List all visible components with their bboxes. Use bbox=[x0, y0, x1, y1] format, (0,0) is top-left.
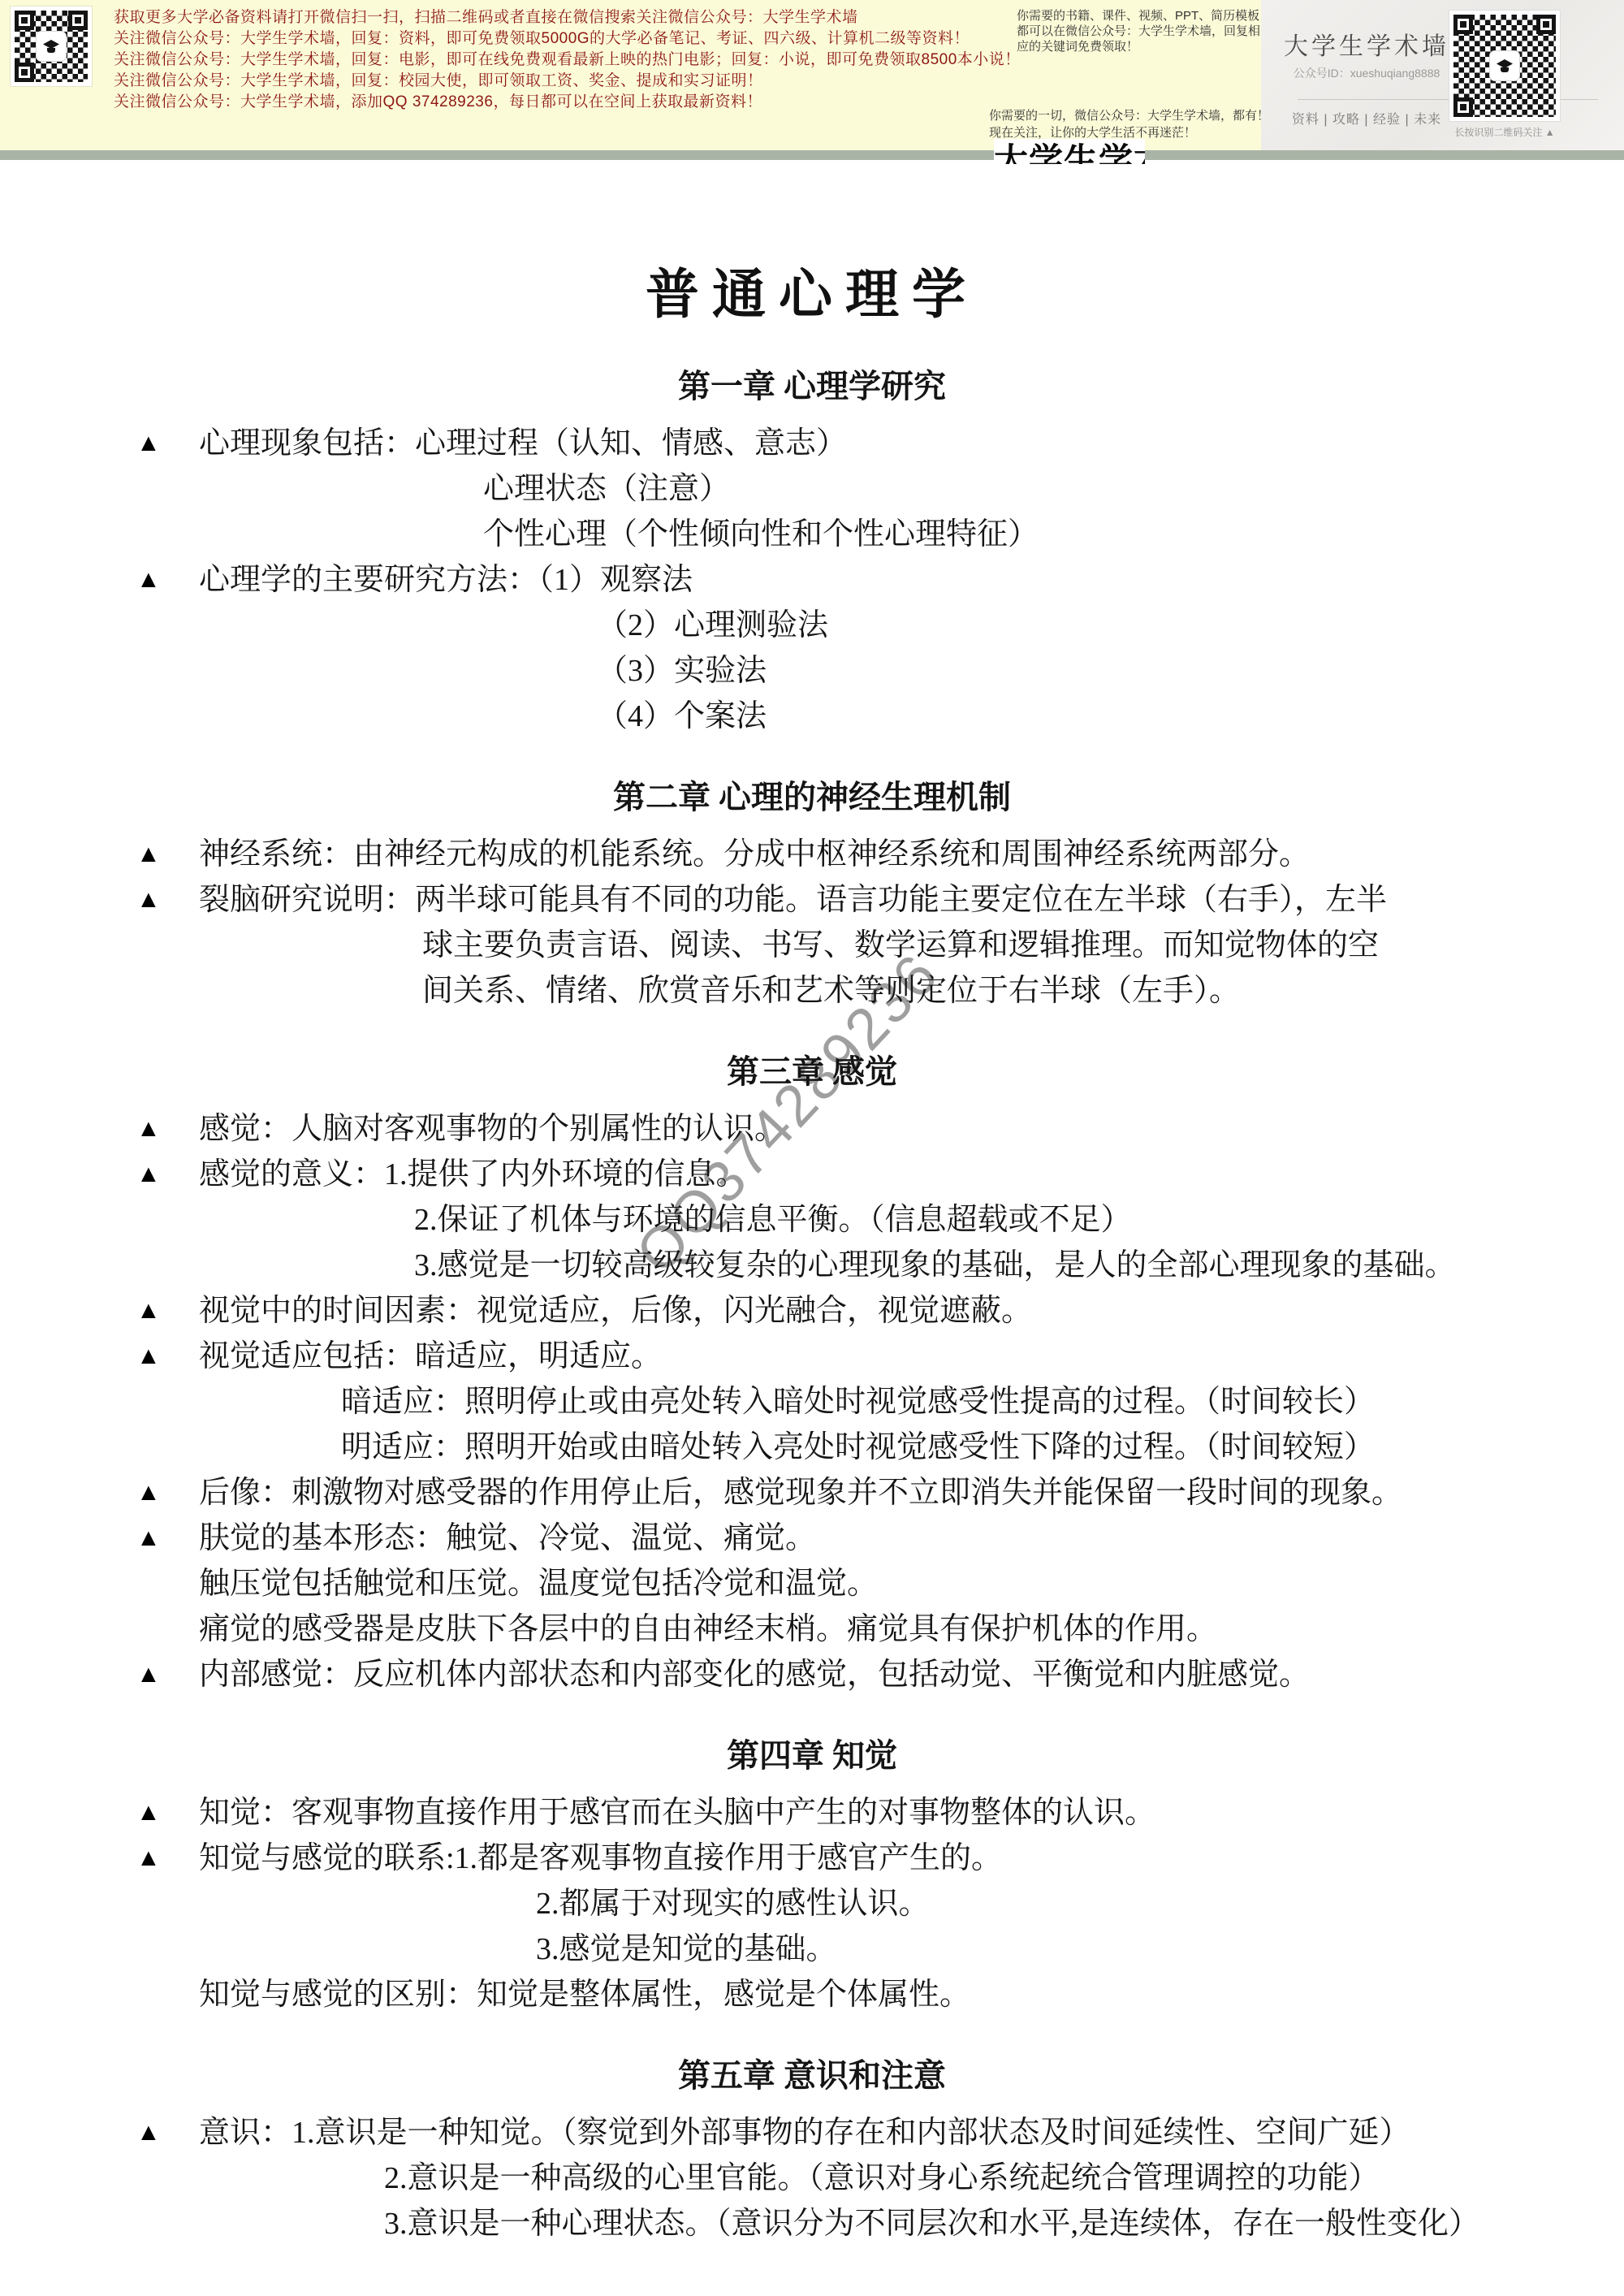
section-heading: 第五章 意识和注意 bbox=[0, 2055, 1624, 2097]
doc-line-text: 暗适应：照明停止或由亮处转入暗处时视觉感受性提高的过程。（时间较长） bbox=[199, 1385, 1375, 1419]
doc-line: ▲裂脑研究说明：两半球可能具有不同的功能。语言功能主要定位在左半球（右手），左半 bbox=[0, 877, 1624, 923]
promo-banner: 获取更多大学必备资料请打开微信扫一扫，扫描二维码或者直接在微信搜索关注微信公众号… bbox=[0, 0, 1624, 160]
bullet-triangle-icon: ▲ bbox=[136, 1516, 161, 1561]
banner-info-bottom: 你需要的一切，微信公众号：大学生学术墙，都有！现在关注，让你的大学生活不再迷茫！ bbox=[989, 107, 1269, 141]
doc-line: ▲心理现象包括：心理过程（认知、情感、意志） bbox=[0, 421, 1624, 466]
doc-line: 球主要负责言语、阅读、书写、数学运算和逻辑推理。而知觉物体的空 bbox=[0, 923, 1624, 968]
doc-line-text: 个性心理（个性倾向性和个性心理特征） bbox=[199, 517, 1039, 551]
banner-info-top: 你需要的书籍、课件、视频、PPT、简历模板都可以在微信公众号：大学生学术墙，回复… bbox=[1017, 8, 1260, 54]
doc-line-text: （2）心理测验法 bbox=[199, 608, 828, 642]
doc-line-text: 神经系统：由神经元构成的机能系统。分成中枢神经系统和周围神经系统两部分。 bbox=[199, 837, 1310, 871]
doc-line: 2.都属于对现实的感性认识。 bbox=[0, 1881, 1624, 1926]
doc-line-text: 心理现象包括：心理过程（认知、情感、意志） bbox=[199, 426, 847, 460]
document-page: 普通心理学 第一章 心理学研究▲心理现象包括：心理过程（认知、情感、意志）心理状… bbox=[0, 160, 1624, 2246]
doc-line: ▲心理学的主要研究方法：（1）观察法 bbox=[0, 557, 1624, 603]
bullet-triangle-icon: ▲ bbox=[136, 832, 161, 877]
doc-line: ▲后像：刺激物对感受器的作用停止后，感觉现象并不立即消失并能保留一段时间的现象。 bbox=[0, 1470, 1624, 1516]
doc-line: ▲肤觉的基本形态：触觉、冷觉、温觉、痛觉。 bbox=[0, 1516, 1624, 1561]
bullet-triangle-icon: ▲ bbox=[136, 1790, 161, 1836]
account-card-id: 公众号ID：xueshuqiang8888 bbox=[1261, 65, 1472, 81]
doc-line-text: 2.都属于对现实的感性认识。 bbox=[199, 1887, 930, 1921]
doc-line-text: 内部感觉：反应机体内部状态和内部变化的感觉，包括动觉、平衡觉和内脏感觉。 bbox=[199, 1658, 1310, 1692]
doc-line-text: 2.意识是一种高级的心里官能。（意识对身心系统起统合管理调控的功能） bbox=[199, 2161, 1380, 2195]
banner-line: 关注微信公众号：大学生学术墙，添加QQ 374289236，每日都可以在空间上获… bbox=[114, 92, 1021, 113]
doc-line-text: 球主要负责言语、阅读、书写、数学运算和逻辑推理。而知觉物体的空 bbox=[199, 928, 1379, 962]
section-heading: 第一章 心理学研究 bbox=[0, 365, 1624, 408]
graduation-cap-icon bbox=[1489, 50, 1520, 81]
doc-line: ▲视觉中的时间因素：视觉适应，后像，闪光融合，视觉遮蔽。 bbox=[0, 1288, 1624, 1334]
doc-line-text: 2.保证了机体与环境的信息平衡。（信息超载或不足） bbox=[199, 1203, 1132, 1237]
bullet-triangle-icon: ▲ bbox=[136, 1288, 161, 1334]
qr-code-left-icon bbox=[11, 6, 92, 86]
doc-line: ▲神经系统：由神经元构成的机能系统。分成中枢神经系统和周围神经系统两部分。 bbox=[0, 832, 1624, 877]
doc-line-text: 3.感觉是知觉的基础。 bbox=[199, 1932, 837, 1966]
bullet-triangle-icon: ▲ bbox=[136, 1106, 161, 1152]
doc-line-text: 明适应：照明开始或由暗处转入亮处时视觉感受性下降的过程。（时间较短） bbox=[199, 1430, 1375, 1464]
doc-line: 间关系、情绪、欣赏音乐和艺术等则定位于右半球（左手）。 bbox=[0, 968, 1624, 1014]
doc-line: ▲知觉：客观事物直接作用于感官而在头脑中产生的对事物整体的认识。 bbox=[0, 1790, 1624, 1836]
doc-line-text: 触压觉包括触觉和压觉。温度觉包括冷觉和温觉。 bbox=[199, 1567, 878, 1601]
doc-line: ▲知觉与感觉的联系:1.都是客观事物直接作用于感官产生的。 bbox=[0, 1836, 1624, 1881]
doc-line: （4）个案法 bbox=[0, 694, 1624, 739]
banner-line: 关注微信公众号：大学生学术墙，回复：资料，即可免费领取5000G的大学必备笔记、… bbox=[114, 28, 1021, 50]
banner-yellow-area: 获取更多大学必备资料请打开微信扫一扫，扫描二维码或者直接在微信搜索关注微信公众号… bbox=[0, 0, 1261, 150]
doc-line: ▲内部感觉：反应机体内部状态和内部变化的感觉，包括动觉、平衡觉和内脏感觉。 bbox=[0, 1652, 1624, 1697]
qr-finder-icon bbox=[15, 11, 34, 30]
bullet-triangle-icon: ▲ bbox=[136, 1836, 161, 1881]
doc-line-text: 后像：刺激物对感受器的作用停止后，感觉现象并不立即消失并能保留一段时间的现象。 bbox=[199, 1476, 1402, 1510]
doc-line: 3.意识是一种心理状态。（意识分为不同层次和水平,是连续体，存在一般性变化） bbox=[0, 2201, 1624, 2246]
doc-line: 知觉与感觉的区别：知觉是整体属性，感觉是个体属性。 bbox=[0, 1972, 1624, 2017]
qr-finder-icon bbox=[1536, 15, 1556, 34]
bullet-triangle-icon: ▲ bbox=[136, 1470, 161, 1516]
info-line: 你需要的一切，微信公众号：大学生学术墙，都有！ bbox=[989, 107, 1269, 124]
doc-line: 3.感觉是知觉的基础。 bbox=[0, 1926, 1624, 1972]
doc-line-text: 心理学的主要研究方法：（1）观察法 bbox=[199, 563, 693, 597]
doc-line-text: 意识：1.意识是一种知觉。（察觉到外部事物的存在和内部状态及时间延续性、空间广延… bbox=[199, 2116, 1410, 2150]
doc-line: 触压觉包括触觉和压觉。温度觉包括冷觉和温觉。 bbox=[0, 1561, 1624, 1606]
doc-line-text: 视觉中的时间因素：视觉适应，后像，闪光融合，视觉遮蔽。 bbox=[199, 1294, 1032, 1328]
doc-line-text: 知觉：客观事物直接作用于感官而在头脑中产生的对事物整体的认识。 bbox=[199, 1796, 1155, 1830]
doc-line: 暗适应：照明停止或由亮处转入暗处时视觉感受性提高的过程。（时间较长） bbox=[0, 1379, 1624, 1425]
bullet-triangle-icon: ▲ bbox=[136, 1152, 161, 1197]
bullet-triangle-icon: ▲ bbox=[136, 2110, 161, 2155]
graduation-cap-icon bbox=[36, 31, 67, 62]
doc-line: （3）实验法 bbox=[0, 648, 1624, 694]
doc-line-text: 视觉适应包括：暗适应，明适应。 bbox=[199, 1339, 662, 1373]
doc-line: ▲感觉的意义：1.提供了内外环境的信息。 bbox=[0, 1152, 1624, 1197]
page-title: 普通心理学 bbox=[0, 251, 1624, 328]
doc-line: 明适应：照明开始或由暗处转入亮处时视觉感受性下降的过程。（时间较短） bbox=[0, 1425, 1624, 1470]
info-line: 应的关键词免费领取！ bbox=[1017, 39, 1260, 54]
bullet-triangle-icon: ▲ bbox=[136, 1334, 161, 1379]
document-sections: 第一章 心理学研究▲心理现象包括：心理过程（认知、情感、意志）心理状态（注意）个… bbox=[0, 365, 1624, 2246]
doc-line: ▲感觉：人脑对客观事物的个别属性的认识。 bbox=[0, 1106, 1624, 1152]
qr-finder-icon bbox=[68, 11, 88, 30]
banner-bottom-strip bbox=[0, 150, 1624, 160]
banner-line: 获取更多大学必备资料请打开微信扫一扫，扫描二维码或者直接在微信搜索关注微信公众号… bbox=[114, 7, 1021, 28]
qr-finder-icon bbox=[1453, 97, 1473, 117]
section-heading: 第三章 感觉 bbox=[0, 1051, 1624, 1093]
bullet-triangle-icon: ▲ bbox=[136, 1652, 161, 1697]
doc-line: ▲意识：1.意识是一种知觉。（察觉到外部事物的存在和内部状态及时间延续性、空间广… bbox=[0, 2110, 1624, 2155]
qr-finder-icon bbox=[15, 63, 34, 82]
page: { "banner": { "bg_color": "#fbfbd8", "te… bbox=[0, 0, 1624, 2296]
doc-line: ▲视觉适应包括：暗适应，明适应。 bbox=[0, 1334, 1624, 1379]
doc-line: 痛觉的感受器是皮肤下各层中的自由神经末梢。痛觉具有保护机体的作用。 bbox=[0, 1606, 1624, 1652]
doc-line-text: 感觉：人脑对客观事物的个别属性的认识。 bbox=[199, 1112, 785, 1146]
account-card: 大学生学术墙 公众号ID：xueshuqiang8888 资料 | 攻略 | 经… bbox=[1261, 0, 1624, 150]
banner-line: 关注微信公众号：大学生学术墙，回复：校园大使，即可领取工资、奖金、提成和实习证明… bbox=[114, 71, 1021, 92]
banner-line: 关注微信公众号：大学生学术墙，回复：电影，即可在线免费观看最新上映的热门电影；回… bbox=[114, 50, 1021, 71]
doc-line-text: （4）个案法 bbox=[199, 699, 767, 733]
section-heading: 第四章 知觉 bbox=[0, 1735, 1624, 1777]
doc-line-text: 3.感觉是一切较高级较复杂的心理现象的基础，是人的全部心理现象的基础。 bbox=[199, 1248, 1456, 1282]
doc-line: 2.意识是一种高级的心里官能。（意识对身心系统起统合管理调控的功能） bbox=[0, 2155, 1624, 2201]
doc-line: 个性心理（个性倾向性和个性心理特征） bbox=[0, 512, 1624, 557]
doc-line: 心理状态（注意） bbox=[0, 466, 1624, 512]
qr-caption: 长按识别二维码关注 ▲ bbox=[1407, 125, 1602, 139]
doc-line-text: 痛觉的感受器是皮肤下各层中的自由神经末梢。痛觉具有保护机体的作用。 bbox=[199, 1612, 1217, 1646]
doc-line-text: 感觉的意义：1.提供了内外环境的信息。 bbox=[199, 1157, 747, 1191]
doc-line-text: 3.意识是一种心理状态。（意识分为不同层次和水平,是连续体，存在一般性变化） bbox=[199, 2207, 1479, 2241]
bullet-triangle-icon: ▲ bbox=[136, 557, 161, 603]
account-card-title: 大学生学术墙 bbox=[1261, 26, 1472, 62]
banner-text-lines: 获取更多大学必备资料请打开微信扫一扫，扫描二维码或者直接在微信搜索关注微信公众号… bbox=[114, 7, 1021, 113]
bullet-triangle-icon: ▲ bbox=[136, 877, 161, 923]
info-line: 都可以在微信公众号：大学生学术墙，回复相 bbox=[1017, 24, 1260, 39]
doc-line-text: 心理状态（注意） bbox=[199, 472, 730, 506]
doc-line-text: （3）实验法 bbox=[199, 654, 767, 688]
bullet-triangle-icon: ▲ bbox=[136, 421, 161, 466]
doc-line: （2）心理测验法 bbox=[0, 603, 1624, 648]
doc-line-text: 知觉与感觉的联系:1.都是客观事物直接作用于感官产生的。 bbox=[199, 1841, 1002, 1875]
info-line: 你需要的书籍、课件、视频、PPT、简历模板 bbox=[1017, 8, 1260, 24]
doc-line: 2.保证了机体与环境的信息平衡。（信息超载或不足） bbox=[0, 1197, 1624, 1243]
doc-line-text: 间关系、情绪、欣赏音乐和艺术等则定位于右半球（左手）。 bbox=[199, 974, 1240, 1008]
section-heading: 第二章 心理的神经生理机制 bbox=[0, 776, 1624, 819]
doc-line-text: 知觉与感觉的区别：知觉是整体属性，感觉是个体属性。 bbox=[199, 1978, 970, 2012]
doc-line: 3.感觉是一切较高级较复杂的心理现象的基础，是人的全部心理现象的基础。 bbox=[0, 1243, 1624, 1288]
qr-finder-icon bbox=[1453, 15, 1473, 34]
doc-line-text: 裂脑研究说明：两半球可能具有不同的功能。语言功能主要定位在左半球（右手），左半 bbox=[199, 883, 1387, 917]
doc-line-text: 肤觉的基本形态：触觉、冷觉、温觉、痛觉。 bbox=[199, 1521, 816, 1555]
qr-code-right-icon bbox=[1449, 11, 1560, 121]
